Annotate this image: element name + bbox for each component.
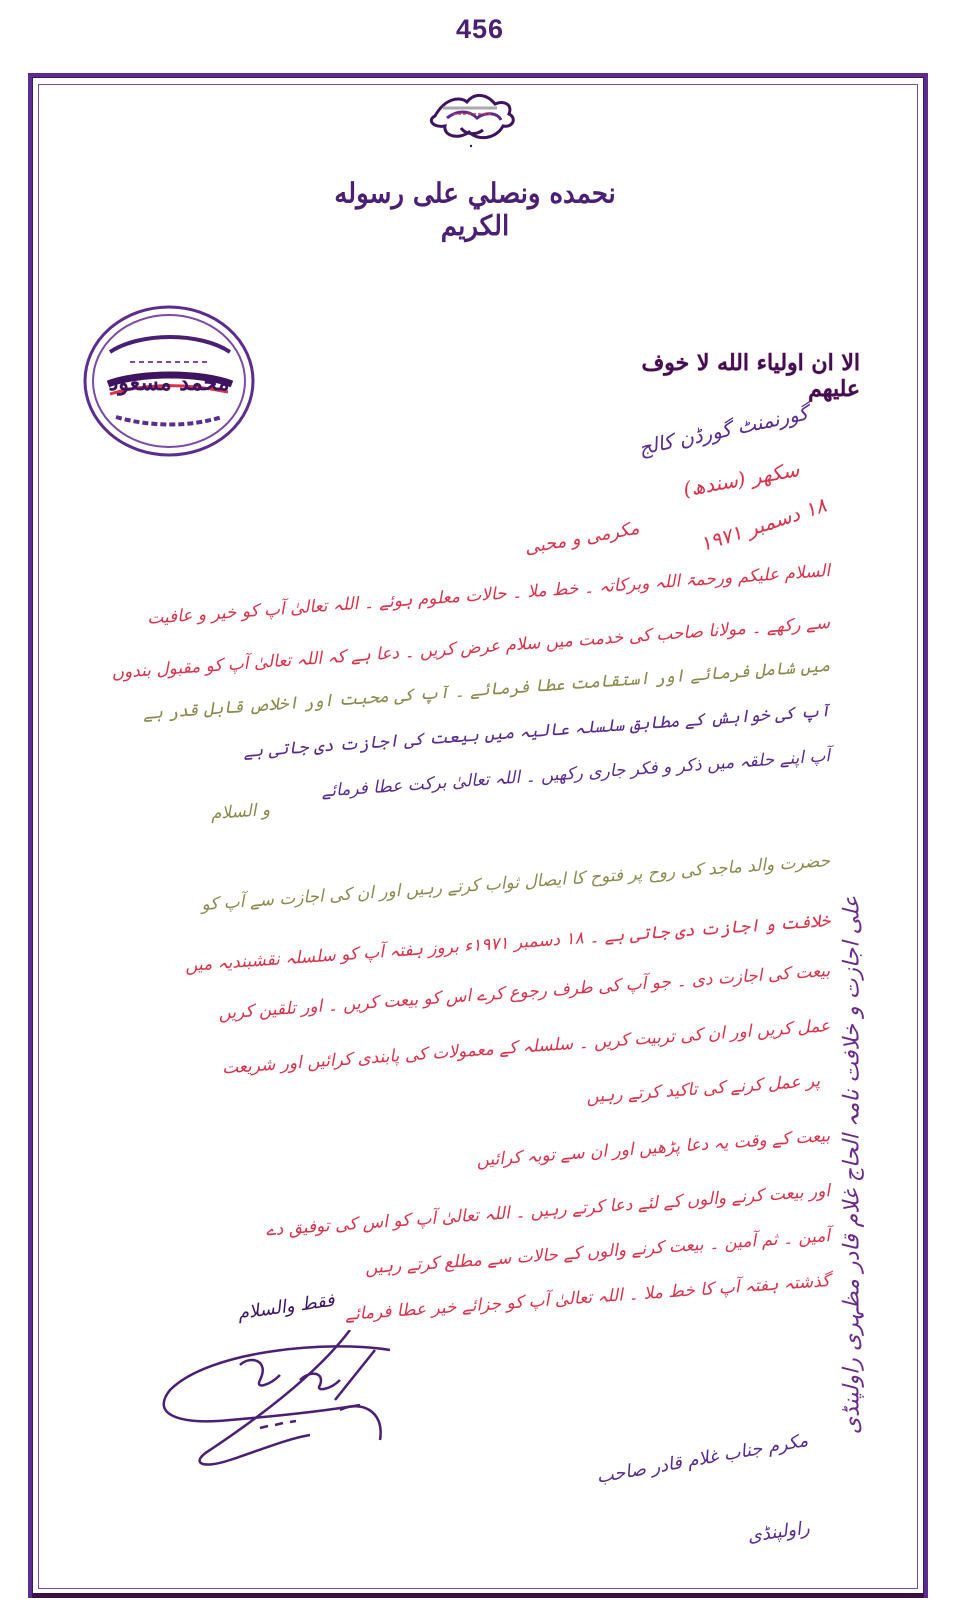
signature-icon: محمد مسعود احمد: [150, 1330, 410, 1510]
page-number: 456: [0, 14, 960, 45]
svg-text:محمد مسعود: محمد مسعود: [108, 370, 229, 396]
margin-note: علی اجازت و خلافت نامہ الحاج غلام قادر م…: [822, 840, 882, 1490]
letter-heading: الا ان اولياء الله لا خوف عليهم: [610, 350, 860, 402]
bismillah-calligraphy: نحمده ونصلي على رسوله الكريم: [320, 178, 630, 243]
ink-seal-icon: محمد مسعود: [80, 302, 258, 460]
tughra-emblem-icon: [405, 88, 535, 148]
svg-text:محمد مسعود احمد: محمد مسعود احمد: [276, 1504, 285, 1506]
margin-note-text: علی اجازت و خلافت نامہ الحاج غلام قادر م…: [840, 896, 865, 1434]
